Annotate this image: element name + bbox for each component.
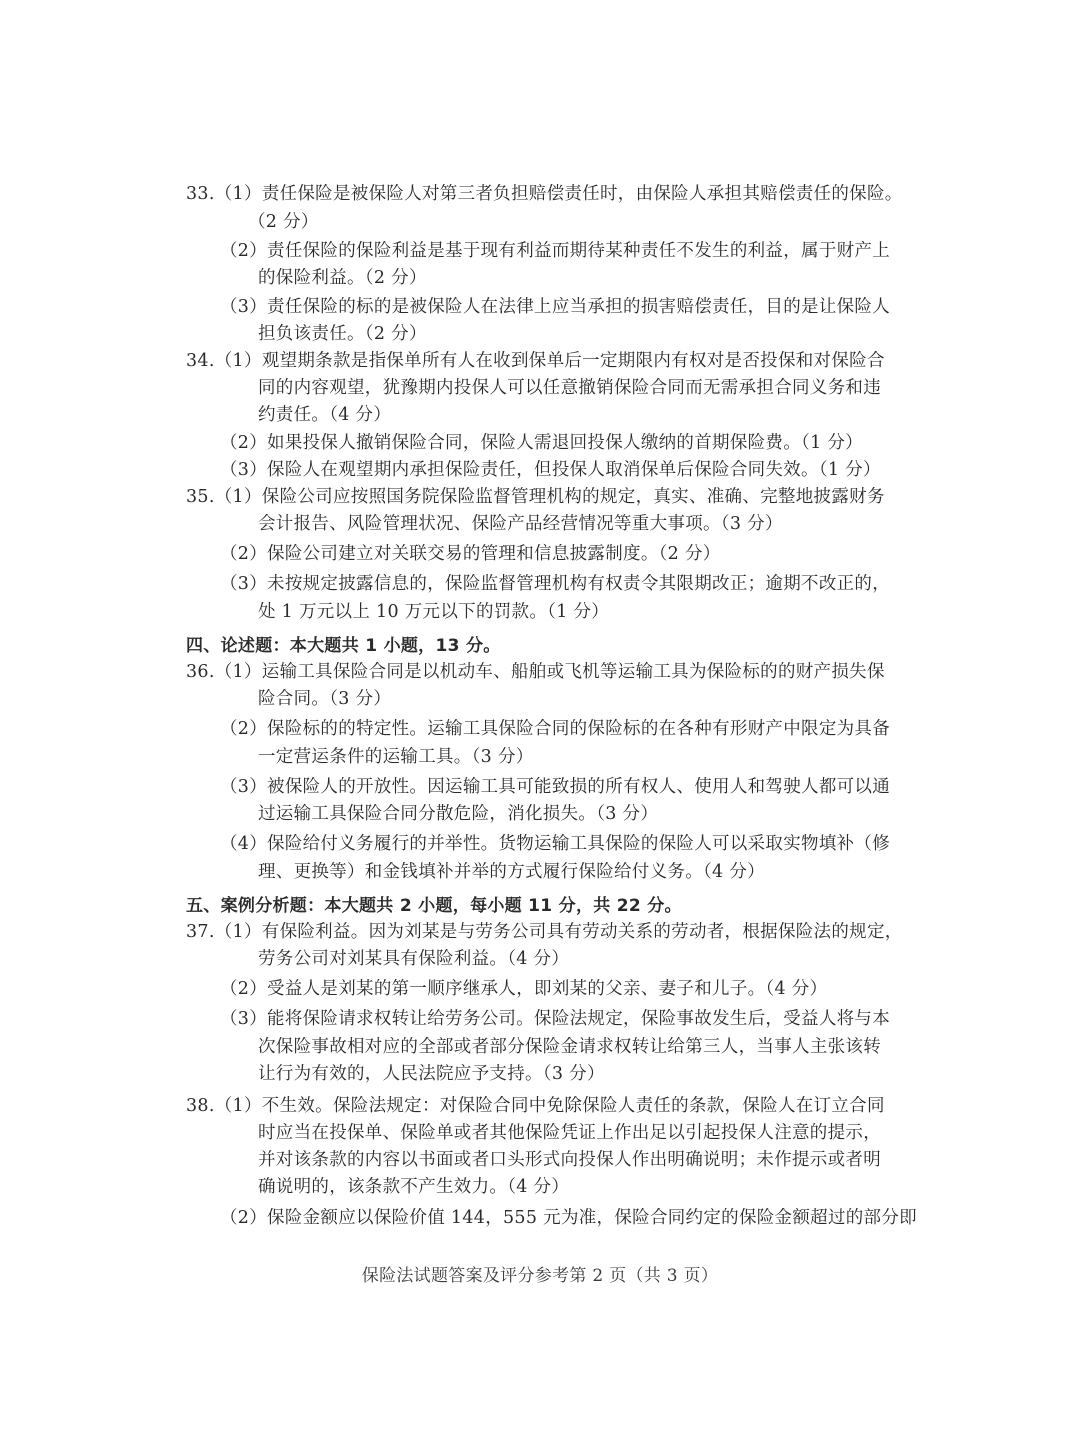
answer-line: 34.（1）观望期条款是指保单所有人在收到保单后一定期限内有权对是否投保和对保险… bbox=[186, 350, 885, 372]
answer-line: （2 分） bbox=[248, 211, 319, 233]
answer-line: 时应当在投保单、保险单或者其他保险凭证上作出足以引起投保人注意的提示， bbox=[258, 1122, 881, 1144]
document-page: 33.（1）责任保险是被保险人对第三者负担赔偿责任时，由保险人承担其赔偿责任的保… bbox=[0, 0, 1080, 1439]
answer-line: 一定营运条件的运输工具。（3 分） bbox=[258, 746, 534, 768]
answer-line: （2）保险标的的特定性。运输工具保险合同的保险标的在各种有形财产中限定为具备 bbox=[220, 718, 890, 740]
answer-line: 36.（1）运输工具保险合同是以机动车、船舶或飞机等运输工具为保险标的的财产损失… bbox=[186, 661, 885, 683]
answer-line: （2）受益人是刘某的第一顺序继承人，即刘某的父亲、妻子和儿子。（4 分） bbox=[220, 978, 827, 1000]
answer-line: 约责任。（4 分） bbox=[258, 404, 391, 426]
answer-line: 的保险利益。（2 分） bbox=[258, 267, 427, 289]
answer-line: 同的内容观望，犹豫期内投保人可以任意撤销保险合同而无需承担合同义务和违 bbox=[258, 377, 881, 399]
page-footer: 保险法试题答案及评分参考第 2 页（共 3 页） bbox=[0, 1265, 1080, 1287]
answer-line: 让行为有效的，人民法院应予支持。（3 分） bbox=[258, 1063, 605, 1085]
answer-line: 37.（1）有保险利益。因为刘某是与劳务公司具有劳动关系的劳动者，根据保险法的规… bbox=[186, 921, 903, 943]
answer-line: （3）能将保险请求权转让给劳务公司。保险法规定，保险事故发生后，受益人将与本 bbox=[220, 1008, 890, 1030]
answer-line: （3）责任保险的标的是被保险人在法律上应当承担的损害赔偿责任，目的是让保险人 bbox=[220, 296, 890, 318]
answer-line: 38.（1）不生效。保险法规定：对保险合同中免除保险人责任的条款，保险人在订立合… bbox=[186, 1095, 885, 1117]
section-heading: 四、论述题：本大题共 1 小题，13 分。 bbox=[186, 635, 501, 657]
answer-line: 35.（1）保险公司应按照国务院保险监督管理机构的规定，真实、准确、完整地披露财… bbox=[186, 486, 885, 508]
answer-line: 处 1 万元以上 10 万元以下的罚款。（1 分） bbox=[258, 601, 609, 623]
section-heading: 五、案例分析题：本大题共 2 小题，每小题 11 分，共 22 分。 bbox=[186, 895, 682, 917]
answer-line: （3）被保险人的开放性。因运输工具可能致损的所有权人、使用人和驾驶人都可以通 bbox=[220, 776, 890, 798]
answer-line: 劳务公司对刘某具有保险利益。（4 分） bbox=[258, 948, 569, 970]
answer-line: 并对该条款的内容以书面或者口头形式向投保人作出明确说明；未作提示或者明 bbox=[258, 1149, 881, 1171]
answer-line: 确说明的，该条款不产生效力。（4 分） bbox=[258, 1176, 569, 1198]
answer-line: 次保险事故相对应的全部或者部分保险金请求权转让给第三人，当事人主张该转 bbox=[258, 1036, 881, 1058]
answer-line: （2）保险公司建立对关联交易的管理和信息披露制度。（2 分） bbox=[220, 543, 721, 565]
answer-line: 理、更换等）和金钱填补并举的方式履行保险给付义务。（4 分） bbox=[258, 861, 765, 883]
answer-line: （3）未按规定披露信息的，保险监督管理机构有权责令其限期改正；逾期不改正的， bbox=[220, 573, 890, 595]
answer-line: （4）保险给付义务履行的并举性。货物运输工具保险的保险人可以采取实物填补（修 bbox=[220, 833, 890, 855]
answer-line: 过运输工具保险合同分散危险，消化损失。（3 分） bbox=[258, 803, 658, 825]
answer-line: 33.（1）责任保险是被保险人对第三者负担赔偿责任时，由保险人承担其赔偿责任的保… bbox=[186, 183, 903, 205]
answer-line: （2）保险金额应以保险价值 144，555 元为准，保险合同约定的保险金额超过的… bbox=[220, 1207, 917, 1229]
answer-line: （2）责任保险的保险利益是基于现有利益而期待某种责任不发生的利益，属于财产上 bbox=[220, 240, 890, 262]
answer-line: （3）保险人在观望期内承担保险责任，但投保人取消保单后保险合同失效。（1 分） bbox=[220, 459, 881, 481]
answer-line: 险合同。（3 分） bbox=[258, 688, 391, 710]
answer-line: 担负该责任。（2 分） bbox=[258, 323, 427, 345]
answer-line: （2）如果投保人撤销保险合同，保险人需退回投保人缴纳的首期保险费。（1 分） bbox=[220, 432, 863, 454]
answer-line: 会计报告、风险管理状况、保险产品经营情况等重大事项。（3 分） bbox=[258, 513, 783, 535]
